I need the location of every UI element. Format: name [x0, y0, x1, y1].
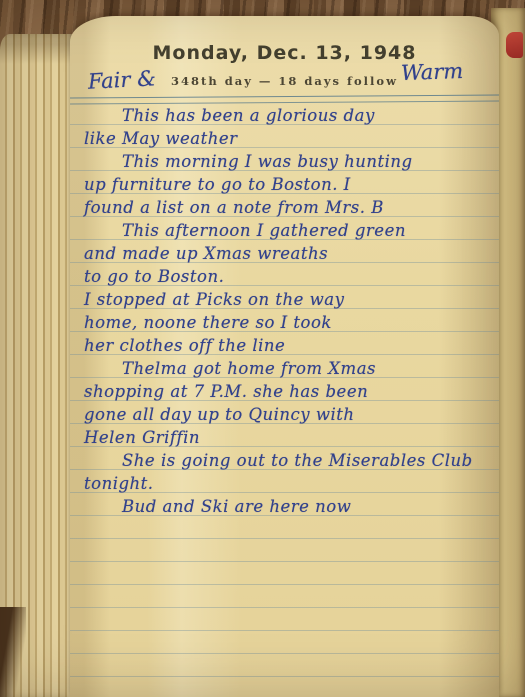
diary-entry-line: her clothes off the line	[84, 334, 499, 357]
diary-entry-line: She is going out to the Miserables Club	[84, 449, 499, 472]
weather-note-left: Fair &	[87, 66, 156, 94]
diary-entry-line: gone all day up to Quincy with	[84, 403, 499, 426]
diary-entry-line: and made up Xmas wreaths	[84, 242, 499, 265]
diary-entry-line: This has been a glorious day	[84, 104, 499, 127]
diary-entry-line: I stopped at Picks on the way	[84, 288, 499, 311]
diary-entry-line: Helen Griffin	[84, 426, 499, 449]
diary-entry-line: This morning I was busy hunting	[84, 150, 499, 173]
diary-entry-line: Bud and Ski are here now	[84, 495, 499, 518]
entry-lines: This has been a glorious daylike May wea…	[84, 104, 499, 518]
diary-entry-line: This afternoon I gathered green	[84, 219, 499, 242]
diary-page: Monday, Dec. 13, 1948 348th day — 18 day…	[70, 16, 499, 697]
diary-entry-line: home, noone there so I took	[84, 311, 499, 334]
diary-entry-line: tonight.	[84, 472, 499, 495]
diary-entry-line: to go to Boston.	[84, 265, 499, 288]
weather-note-right: Warm	[400, 59, 463, 85]
diary-entry-line: like May weather	[84, 127, 499, 150]
diary-entry-line: Thelma got home from Xmas	[84, 357, 499, 380]
red-cover-edge	[506, 32, 523, 58]
diary-entry-line: up furniture to go to Boston. I	[84, 173, 499, 196]
diary-entry-line: found a list on a note from Mrs. B	[84, 196, 499, 219]
diary-photo: Monday, Dec. 13, 1948 348th day — 18 day…	[0, 0, 525, 697]
diary-entry-line: shopping at 7 P.M. she has been	[84, 380, 499, 403]
